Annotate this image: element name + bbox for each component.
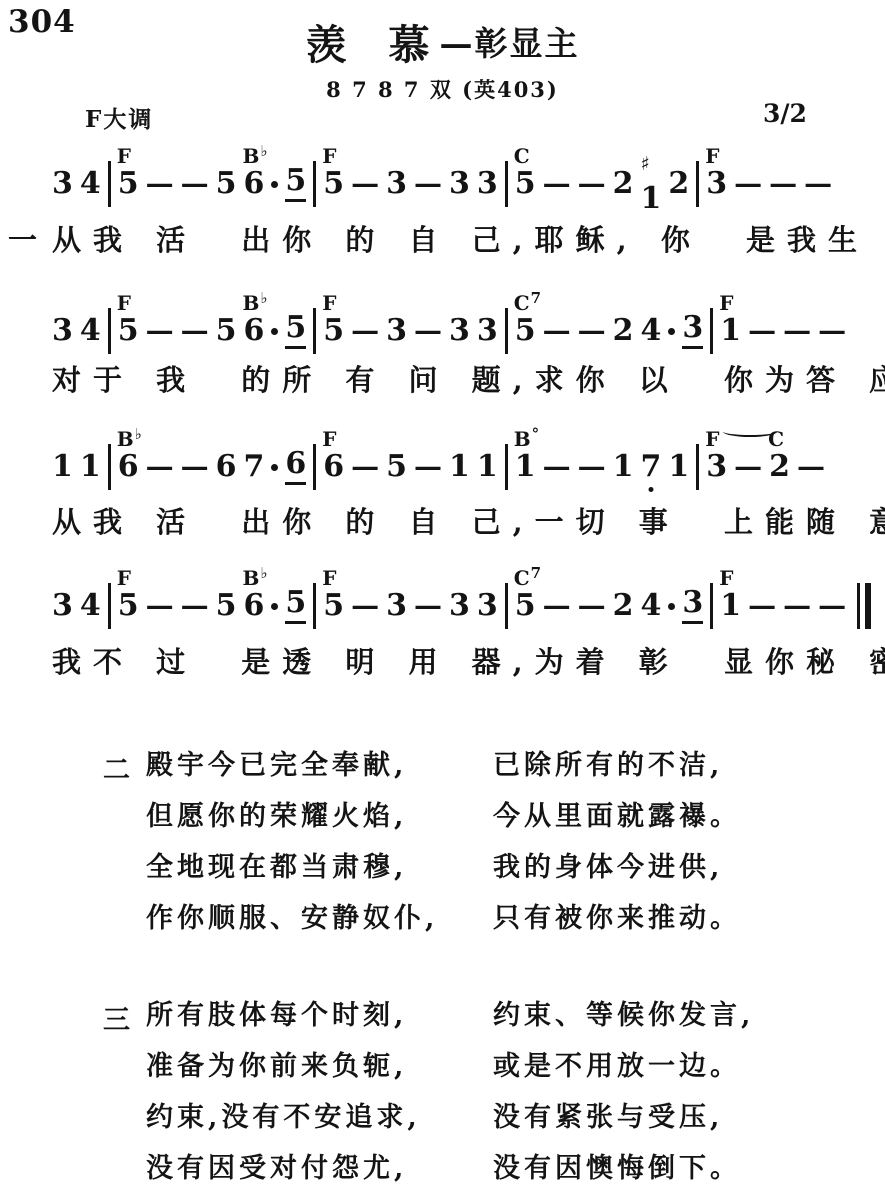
note-value: 1 xyxy=(449,452,470,482)
note-value: 1 xyxy=(80,452,101,482)
note-digit: 4 xyxy=(641,591,662,621)
verse-line-left: 所有肢体每个时刻, xyxy=(146,993,493,1032)
lyric-line-1: 一 从我 活 出你 的 自 己,耶稣, 你 是我生 命; xyxy=(0,218,885,260)
duration-dash: — xyxy=(748,592,776,620)
final-barline xyxy=(857,583,871,629)
verse-row: 殿宇今已完全奉献,已除所有的不洁, xyxy=(146,737,741,788)
duration-dash: — xyxy=(181,592,209,620)
barline xyxy=(108,583,111,629)
chord-modifier: 7 xyxy=(531,564,541,582)
note-digit: 4 xyxy=(80,316,101,346)
note-digit: 4 xyxy=(80,169,101,199)
note-value: 5 xyxy=(386,452,407,482)
note-value: 3 xyxy=(52,591,73,621)
duration-dash: — xyxy=(578,170,606,198)
key-signature: F大调 xyxy=(85,101,153,134)
hymn-sheet-page: 304 羡慕 —彰显主 8 7 8 7 双 (英403) F大调 3/2 34F… xyxy=(0,0,885,1195)
duration-dash: — xyxy=(181,317,209,345)
note-digit: 7 xyxy=(641,452,662,482)
barline xyxy=(313,583,316,629)
note-value: 7 xyxy=(244,452,265,482)
chord-root: F xyxy=(705,144,719,168)
duration-dash: — xyxy=(783,317,811,345)
verse-line-left: 作你顺服、安静奴仆, xyxy=(146,896,493,935)
note-digit: 2 xyxy=(613,316,634,346)
lyric-line-2: 对于 我 的所 有 问 题,求你 以 你为答 应。 xyxy=(0,358,885,400)
note-digit: 5 xyxy=(285,588,306,624)
verse-line-right: 或是不用放一边。 xyxy=(493,1044,741,1083)
duration-dash: — xyxy=(748,317,776,345)
augmentation-dot xyxy=(271,181,278,188)
note-digit: 3 xyxy=(682,588,703,624)
duration-dash: — xyxy=(351,453,379,481)
duration-dash: — xyxy=(414,592,442,620)
duration-dash: — xyxy=(543,592,571,620)
note-digit: 3 xyxy=(386,316,407,346)
duration-dash: — xyxy=(578,592,606,620)
chord-label: F xyxy=(322,293,336,313)
chord-root: F xyxy=(117,291,131,315)
note-digit: F3 xyxy=(706,452,727,482)
barline xyxy=(710,583,713,629)
barline xyxy=(313,444,316,490)
note-digit: C75 xyxy=(515,591,536,621)
note-digit: 1 xyxy=(449,452,470,482)
verse-line-left: 殿宇今已完全奉献, xyxy=(146,743,493,782)
chord-label: F xyxy=(705,429,719,449)
note-digit: 7 xyxy=(244,452,265,482)
hymn-title: 羡慕 —彰显主 xyxy=(0,12,885,71)
augmentation-dot xyxy=(271,328,278,335)
note-value: 1 xyxy=(477,452,498,482)
note-value: 2 xyxy=(769,452,790,482)
chord-root: F xyxy=(322,144,336,168)
verse-row: 所有肢体每个时刻,约束、等候你发言, xyxy=(146,987,754,1038)
note-digit: 5 xyxy=(216,169,237,199)
note-digit: F3 xyxy=(706,169,727,199)
note-digit: F1 xyxy=(720,591,741,621)
augmentation-dot xyxy=(668,603,675,610)
chord-modifier: ♭ xyxy=(260,564,267,582)
note-digit: C75 xyxy=(515,316,536,346)
note-digit: 1 xyxy=(477,452,498,482)
note-digit: B♭6 xyxy=(244,316,265,346)
barline xyxy=(505,161,508,207)
duration-dash: — xyxy=(797,453,825,481)
note-value: 5 xyxy=(285,588,306,624)
barline xyxy=(313,308,316,354)
note-value: 3 xyxy=(706,169,727,199)
note-value: 2 xyxy=(668,169,689,199)
lyric-text: 我不 过 是透 明 用 器,为着 彰 显你秘 密。 xyxy=(52,640,885,681)
chord-label: B♭ xyxy=(243,568,268,588)
note-digit: 5 xyxy=(386,452,407,482)
note-digit: 4 xyxy=(80,591,101,621)
note-digit: 3 xyxy=(449,591,470,621)
barline xyxy=(108,444,111,490)
note-value: 3 xyxy=(386,316,407,346)
music-line-3: 11B♭6——676F6—5—11B°1——171F3—C2— xyxy=(52,416,822,490)
note-value: 5 xyxy=(216,169,237,199)
note-value: 3 xyxy=(682,313,703,349)
note-value: 2 xyxy=(613,591,634,621)
verse-line-left: 全地现在都当肃穆, xyxy=(146,845,493,884)
note-digit: 1 xyxy=(613,452,634,482)
chord-modifier: ♭ xyxy=(135,425,142,443)
barline xyxy=(108,308,111,354)
note-digit: 3 xyxy=(477,316,498,346)
note-value: 6 xyxy=(244,591,265,621)
verse-number: 二 xyxy=(103,748,130,787)
note-value: 3 xyxy=(477,169,498,199)
chord-label: F xyxy=(117,146,131,166)
title-descriptor: —彰显主 xyxy=(440,18,580,65)
note-digit: 5 xyxy=(285,166,306,202)
chord-root: F xyxy=(117,144,131,168)
note-value: 3 xyxy=(386,169,407,199)
chord-label: B♭ xyxy=(117,429,142,449)
note-value: 3 xyxy=(477,316,498,346)
music-line-4: 34F5——5B♭65F5—3—33C75——243F1——— xyxy=(52,555,822,629)
note-digit: 3 xyxy=(52,591,73,621)
barline xyxy=(696,161,699,207)
note-value: 5 xyxy=(323,169,344,199)
verse-row: 全地现在都当肃穆,我的身体今进供, xyxy=(146,839,741,890)
note-value: 1 xyxy=(720,316,741,346)
barline xyxy=(108,161,111,207)
chord-label: B♭ xyxy=(243,146,268,166)
note-value: 5 xyxy=(285,313,306,349)
note-value: 5 xyxy=(515,316,536,346)
augmentation-dot xyxy=(271,464,278,471)
note-digit: 6 xyxy=(216,452,237,482)
note-value: 1 xyxy=(668,452,689,482)
note-value: 5 xyxy=(515,591,536,621)
barline xyxy=(313,161,316,207)
note-value: 5 xyxy=(323,316,344,346)
note-digit: F5 xyxy=(118,316,139,346)
meter-info: 8 7 8 7 双 (英403) xyxy=(0,74,885,104)
note-value: 5 xyxy=(118,316,139,346)
note-value: 5 xyxy=(118,169,139,199)
note-value: 7 xyxy=(641,452,662,482)
chord-root: F xyxy=(719,566,733,590)
note-value: 3 xyxy=(449,591,470,621)
note-digit: F5 xyxy=(118,591,139,621)
note-value: 5 xyxy=(515,169,536,199)
duration-dash: — xyxy=(543,453,571,481)
verse-row: 约束,没有不安追求,没有紧张与受压, xyxy=(146,1089,754,1140)
duration-dash: — xyxy=(543,317,571,345)
verse-line-right: 约束、等候你发言, xyxy=(493,993,754,1032)
sharp-accidental-icon: ♯ xyxy=(641,153,650,175)
final-barline-thick xyxy=(865,583,871,629)
duration-dash: — xyxy=(351,170,379,198)
note-value: 3 xyxy=(682,588,703,624)
note-value: 1 xyxy=(720,591,741,621)
duration-dash: — xyxy=(414,453,442,481)
lyric-text: 对于 我 的所 有 问 题,求你 以 你为答 应。 xyxy=(52,358,885,399)
verse-block-3: 三所有肢体每个时刻,约束、等候你发言,准备为你前来负轭,或是不用放一边。约束,没… xyxy=(103,987,754,1191)
chord-label: C7 xyxy=(514,293,541,313)
note-digit: 1 xyxy=(668,452,689,482)
time-signature: 3/2 xyxy=(763,99,807,128)
chord-root: B xyxy=(243,291,260,315)
chord-root: F xyxy=(322,427,336,451)
note-value: 3 xyxy=(52,169,73,199)
note-value: 3 xyxy=(52,316,73,346)
note-value: 4 xyxy=(641,316,662,346)
lyric-text: 从我 活 出你 的 自 己,耶稣, 你 是我生 命; xyxy=(52,218,885,259)
note-digit: C2 xyxy=(769,452,790,482)
chord-root: C xyxy=(514,144,530,168)
note-digit: 3 xyxy=(386,169,407,199)
duration-dash: — xyxy=(181,170,209,198)
note-value: 1 xyxy=(52,452,73,482)
augmentation-dot xyxy=(668,328,675,335)
chord-root: F xyxy=(719,291,733,315)
duration-dash: — xyxy=(818,592,846,620)
barline xyxy=(505,444,508,490)
note-digit: 1 xyxy=(52,452,73,482)
chord-root: B xyxy=(243,144,260,168)
note-value: 6 xyxy=(216,452,237,482)
note-digit: 3 xyxy=(682,313,703,349)
verse-line-left: 准备为你前来负轭, xyxy=(146,1044,493,1083)
duration-dash: — xyxy=(734,170,762,198)
verse-line-right: 只有被你来推动。 xyxy=(493,896,741,935)
verse-line-right: 没有因懊悔倒下。 xyxy=(493,1146,741,1185)
note-digit: 3 xyxy=(449,169,470,199)
final-barline-thin xyxy=(857,583,860,629)
chord-modifier: ° xyxy=(532,425,540,443)
duration-dash: — xyxy=(543,170,571,198)
note-value: 5 xyxy=(118,591,139,621)
note-digit: F1 xyxy=(720,316,741,346)
barline xyxy=(710,308,713,354)
barline xyxy=(505,583,508,629)
verse-line-right: 我的身体今进供, xyxy=(493,845,723,884)
duration-dash: — xyxy=(146,453,174,481)
chord-label: F xyxy=(322,146,336,166)
note-digit: B♭6 xyxy=(118,452,139,482)
note-digit: C5 xyxy=(515,169,536,199)
note-value: 1 xyxy=(515,452,536,482)
chord-root: F xyxy=(705,427,719,451)
note-digit: F5 xyxy=(323,591,344,621)
note-value: 2 xyxy=(613,169,634,199)
note-value: 2 xyxy=(613,316,634,346)
chord-label: F xyxy=(117,293,131,313)
duration-dash: — xyxy=(351,317,379,345)
lyric-line-4: 我不 过 是透 明 用 器,为着 彰 显你秘 密。 xyxy=(0,640,885,682)
note-value: 4 xyxy=(80,316,101,346)
chord-root: F xyxy=(117,566,131,590)
note-value: 1 xyxy=(613,452,634,482)
chord-modifier: 7 xyxy=(531,289,541,307)
note-value: 6 xyxy=(323,452,344,482)
note-digit: 3 xyxy=(52,169,73,199)
verse-line-left: 约束,没有不安追求, xyxy=(146,1095,493,1134)
low-octave-dot xyxy=(648,487,653,492)
verse-row: 但愿你的荣耀火焰,今从里面就露襮。 xyxy=(146,788,741,839)
verse-row: 没有因受对付怨尤,没有因懊悔倒下。 xyxy=(146,1140,754,1191)
chord-root: B xyxy=(514,427,531,451)
verse-line-left: 但愿你的荣耀火焰, xyxy=(146,794,493,833)
duration-dash: — xyxy=(734,453,762,481)
note-digit: 5 xyxy=(285,313,306,349)
note-digit: F6 xyxy=(323,452,344,482)
note-value: 3 xyxy=(386,591,407,621)
chord-label: F xyxy=(705,146,719,166)
barline xyxy=(505,308,508,354)
title-category-char2: 慕 xyxy=(389,21,430,69)
note-digit: 5 xyxy=(216,316,237,346)
lyric-line-3: 从我 活 出你 的 自 己,一切 事 上能随 意, xyxy=(0,500,885,542)
note-digit: 2 xyxy=(668,169,689,199)
verse-row: 准备为你前来负轭,或是不用放一边。 xyxy=(146,1038,754,1089)
chord-label: C xyxy=(514,146,530,166)
chord-root: F xyxy=(322,291,336,315)
note-value: 4 xyxy=(80,169,101,199)
note-digit: 3 xyxy=(477,591,498,621)
note-digit: 3 xyxy=(477,169,498,199)
note-value: 1 xyxy=(641,184,662,214)
chord-label: B° xyxy=(514,429,539,449)
duration-dash: — xyxy=(578,453,606,481)
note-digit: 3 xyxy=(52,316,73,346)
chord-label: F xyxy=(117,568,131,588)
note-digit: 5 xyxy=(216,591,237,621)
verse-rows: 殿宇今已完全奉献,已除所有的不洁,但愿你的荣耀火焰,今从里面就露襮。全地现在都当… xyxy=(146,737,741,941)
note-digit: F5 xyxy=(323,316,344,346)
note-value: 4 xyxy=(80,591,101,621)
lyric-text: 从我 活 出你 的 自 己,一切 事 上能随 意, xyxy=(52,500,885,541)
verse-line-left: 没有因受对付怨尤, xyxy=(146,1146,493,1185)
note-digit: F5 xyxy=(323,169,344,199)
note-value: 5 xyxy=(323,591,344,621)
title-category-char1: 羡 xyxy=(306,21,347,69)
verse-rows: 所有肢体每个时刻,约束、等候你发言,准备为你前来负轭,或是不用放一边。约束,没有… xyxy=(146,987,754,1191)
note-digit: 2 xyxy=(613,591,634,621)
chord-label: F xyxy=(719,568,733,588)
note-digit: F5 xyxy=(118,169,139,199)
chord-root: B xyxy=(243,566,260,590)
chord-root: C xyxy=(514,291,530,315)
duration-dash: — xyxy=(769,170,797,198)
duration-dash: — xyxy=(146,317,174,345)
note-value: 3 xyxy=(477,591,498,621)
note-value: 3 xyxy=(449,316,470,346)
duration-dash: — xyxy=(578,317,606,345)
title-category: 羡慕 xyxy=(306,12,430,71)
note-digit: 3 xyxy=(386,591,407,621)
verse-line-right: 没有紧张与受压, xyxy=(493,1095,723,1134)
music-line-2: 34F5——5B♭65F5—3—33C75——243F1——— xyxy=(52,280,822,354)
verse-line-right: 今从里面就露襮。 xyxy=(493,794,741,833)
note-value: 4 xyxy=(641,591,662,621)
note-digit: 2 xyxy=(613,169,634,199)
duration-dash: — xyxy=(414,317,442,345)
slur-arc xyxy=(723,426,777,437)
verse-row: 作你顺服、安静奴仆,只有被你来推动。 xyxy=(146,890,741,941)
note-value: 5 xyxy=(216,591,237,621)
chord-label: F xyxy=(719,293,733,313)
chord-root: F xyxy=(322,566,336,590)
chord-label: B♭ xyxy=(243,293,268,313)
augmentation-dot xyxy=(271,603,278,610)
duration-dash: — xyxy=(818,317,846,345)
note-value: 5 xyxy=(216,316,237,346)
chord-label: F xyxy=(322,568,336,588)
verse-line-right: 已除所有的不洁, xyxy=(493,743,723,782)
duration-dash: — xyxy=(351,592,379,620)
duration-dash: — xyxy=(146,592,174,620)
note-digit: 1 xyxy=(80,452,101,482)
note-value: 3 xyxy=(706,452,727,482)
stanza-number: 一 xyxy=(8,218,37,259)
note-digit: 3 xyxy=(449,316,470,346)
chord-label: F xyxy=(322,429,336,449)
chord-modifier: ♭ xyxy=(260,289,267,307)
duration-dash: — xyxy=(804,170,832,198)
verse-block-2: 二殿宇今已完全奉献,已除所有的不洁,但愿你的荣耀火焰,今从里面就露襮。全地现在都… xyxy=(103,737,741,941)
chord-label: C7 xyxy=(514,568,541,588)
note-digit: B♭6 xyxy=(244,169,265,199)
barline xyxy=(696,444,699,490)
note-value: 6 xyxy=(244,169,265,199)
music-line-1: 34F5——5B♭65F5—3—33C5——2♯12F3——— xyxy=(52,133,822,207)
note-value: 3 xyxy=(449,169,470,199)
chord-root: B xyxy=(117,427,134,451)
duration-dash: — xyxy=(146,170,174,198)
chord-root: C xyxy=(514,566,530,590)
chord-modifier: ♭ xyxy=(260,142,267,160)
duration-dash: — xyxy=(414,170,442,198)
note-value: 6 xyxy=(118,452,139,482)
note-digit: B♭6 xyxy=(244,591,265,621)
note-value: 6 xyxy=(244,316,265,346)
note-value: 5 xyxy=(285,166,306,202)
duration-dash: — xyxy=(181,453,209,481)
verse-number: 三 xyxy=(103,998,130,1037)
note-digit: 4 xyxy=(641,316,662,346)
duration-dash: — xyxy=(783,592,811,620)
note-value: 6 xyxy=(285,449,306,485)
note-digit: ♯1 xyxy=(641,154,662,214)
note-digit: B°1 xyxy=(515,452,536,482)
note-digit: 6 xyxy=(285,449,306,485)
